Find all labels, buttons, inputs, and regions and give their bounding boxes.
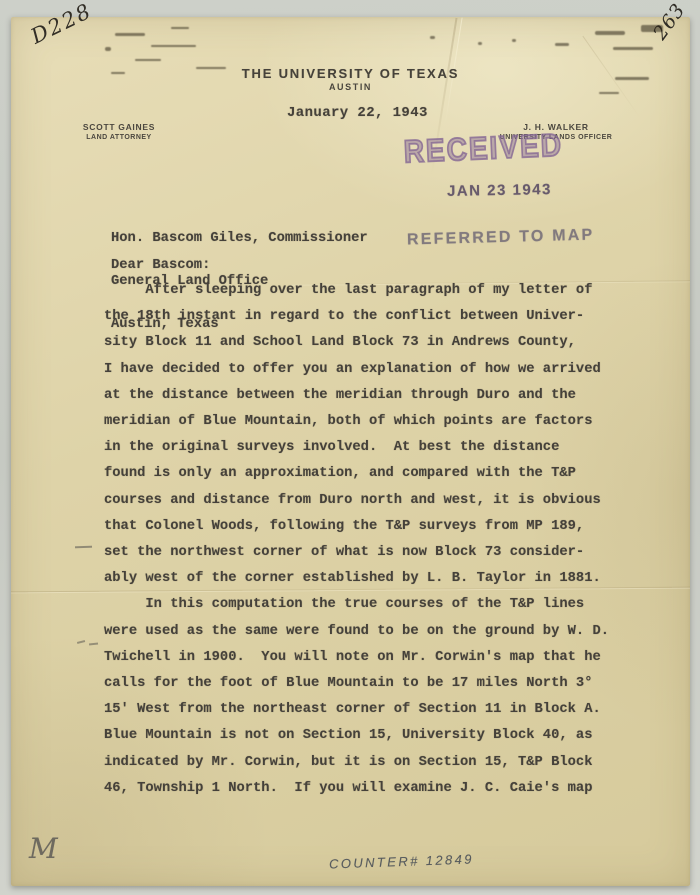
body-line: indicated by Mr. Corwin, but it is on Se… bbox=[104, 750, 609, 776]
pencil-tick-mark bbox=[89, 643, 98, 645]
body-line: In this computation the true courses of … bbox=[104, 592, 609, 618]
body-line: ably west of the corner established by L… bbox=[104, 566, 609, 592]
letterhead-left-official: SCOTT GAINES LAND ATTORNEY bbox=[49, 122, 189, 141]
body-line: set the northwest corner of what is now … bbox=[104, 540, 609, 566]
counter-number-annotation: COUNTER# 12849 bbox=[329, 851, 474, 871]
ink-speck bbox=[151, 45, 196, 47]
date-line: January 22, 1943 bbox=[287, 105, 428, 121]
body-line: at the distance between the meridian thr… bbox=[104, 383, 609, 409]
body-line: Twichell in 1900. You will note on Mr. C… bbox=[104, 645, 609, 671]
ink-speck bbox=[115, 33, 145, 36]
body-line: 46, Township 1 North. If you will examin… bbox=[104, 776, 609, 802]
body-line: found is only an approximation, and comp… bbox=[104, 461, 609, 487]
recipient-name: Hon. Bascom Giles, Commissioner bbox=[111, 232, 368, 246]
received-stamp: RECEIVED bbox=[403, 128, 564, 171]
body-line: meridian of Blue Mountain, both of which… bbox=[104, 409, 609, 435]
body-line: After sleeping over the last paragraph o… bbox=[104, 278, 609, 304]
received-date-stamp: JAN 23 1943 bbox=[447, 181, 552, 200]
scanned-letter: D228 263 THE UNIVERSITY OF TEXAS AUSTIN … bbox=[0, 0, 700, 895]
official-name: SCOTT GAINES bbox=[49, 122, 189, 132]
body-line: sity Block 11 and School Land Block 73 i… bbox=[104, 330, 609, 356]
body-line: calls for the foot of Blue Mountain to b… bbox=[104, 671, 609, 697]
body-line: in the original surveys involved. At bes… bbox=[104, 435, 609, 461]
referred-to-map-stamp: REFERRED TO MAP bbox=[407, 227, 595, 250]
ink-speck bbox=[613, 47, 653, 50]
ink-speck bbox=[595, 31, 625, 35]
ink-speck bbox=[641, 25, 663, 32]
ink-speck bbox=[555, 43, 569, 46]
salutation: Dear Bascom: bbox=[111, 258, 210, 273]
pencil-tick-mark bbox=[77, 640, 85, 643]
letter-page: D228 263 THE UNIVERSITY OF TEXAS AUSTIN … bbox=[11, 17, 690, 886]
letterhead-organization: THE UNIVERSITY OF TEXAS bbox=[11, 66, 690, 81]
body-line: courses and distance from Duro north and… bbox=[104, 488, 609, 514]
ink-speck bbox=[599, 92, 619, 94]
body-line: 15' West from the northeast corner of Se… bbox=[104, 697, 609, 723]
letter-body: After sleeping over the last paragraph o… bbox=[104, 278, 609, 802]
pencil-dash-mark bbox=[75, 546, 92, 548]
handwritten-file-code: D228 bbox=[27, 0, 96, 49]
body-line: Blue Mountain is not on Section 15, Univ… bbox=[104, 723, 609, 749]
handwritten-initial: M bbox=[29, 832, 58, 865]
handwritten-page-number: 263 bbox=[649, 0, 690, 44]
body-line: I have decided to offer you an explanati… bbox=[104, 357, 609, 383]
ink-speck bbox=[171, 27, 189, 29]
ink-speck bbox=[135, 59, 161, 61]
body-line: were used as the same were found to be o… bbox=[104, 619, 609, 645]
letterhead-city: AUSTIN bbox=[11, 82, 690, 92]
ink-speck bbox=[478, 42, 482, 45]
ink-speck bbox=[430, 36, 435, 39]
official-title: LAND ATTORNEY bbox=[49, 134, 189, 141]
ink-speck bbox=[105, 47, 111, 51]
body-line: the 18th instant in regard to the confli… bbox=[104, 304, 609, 330]
body-line: that Colonel Woods, following the T&P su… bbox=[104, 514, 609, 540]
ink-speck bbox=[512, 39, 516, 42]
